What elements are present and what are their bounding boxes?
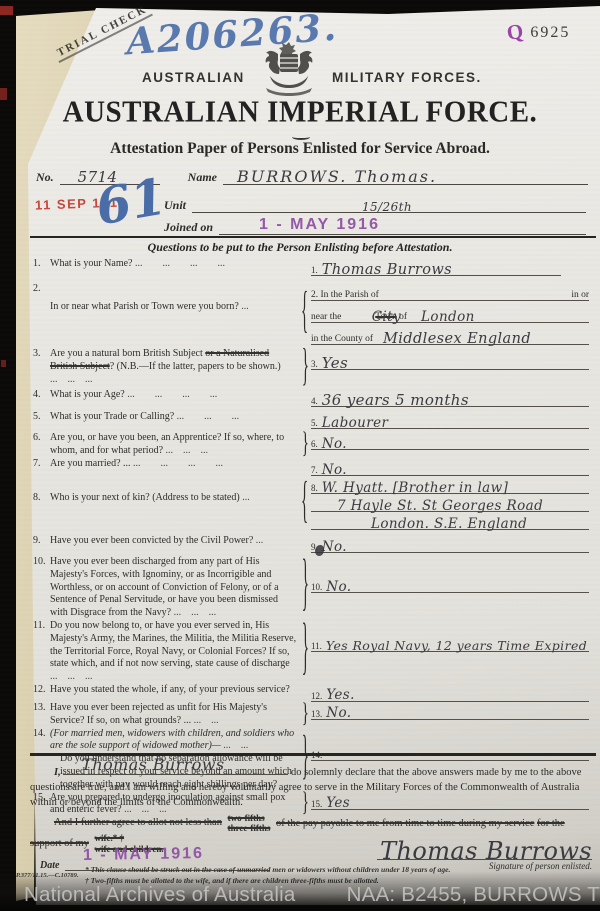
struck-allotment-1: And I further agree to allot not less th… [30, 817, 222, 828]
dot-leaders: ... ... [223, 740, 248, 751]
answer-line: 1. Thomas Burrows [311, 258, 561, 276]
question-row-5: 5. What is your Trade or Calling? ... ..… [33, 411, 593, 432]
answer-line: London. S.E. England [311, 512, 589, 530]
question-number: 14. [33, 728, 46, 739]
answer-line: 8. W. Hyatt. [Brother in law] [311, 476, 589, 494]
archive-watermark-left: National Archives of Australia [24, 883, 296, 907]
question-text: Are you a natural born British Subject o… [33, 348, 297, 386]
dot-leaders: ... ... ... [50, 671, 93, 682]
forces-right-label: MILITARY FORCES. [332, 70, 482, 85]
answer-number: 13. [311, 709, 326, 719]
answer-number: 12. [311, 691, 326, 701]
answer-line: 10. No. [311, 575, 589, 593]
next-of-kin-street: 7 Hayle St. St Georges Road [337, 500, 543, 514]
answer-line: 14. —— [311, 743, 589, 761]
name-field: BURROWS. Thomas. [223, 166, 588, 185]
answer-number: 1. [311, 265, 322, 275]
joined-date-stamp: 1 - MAY 1916 [259, 216, 380, 234]
parish-line: 2. In the Parish of in or [311, 283, 589, 301]
question-text: What is your Name? ... ... ... ... [33, 258, 297, 271]
struck-allotment-2: of the pay payable to me from time to ti… [276, 817, 534, 828]
answer-number: 11. [311, 641, 326, 651]
question-text: Are you, or have you been, an Apprentice… [33, 432, 297, 458]
question-number: 5. [33, 411, 41, 422]
question-number: 12. [33, 684, 46, 695]
near-the-label: near the City Town of [311, 309, 407, 323]
question-text: What is your Trade or Calling? ... ... .… [33, 411, 297, 424]
question-row-10: 10. Have you ever been discharged from a… [33, 556, 593, 620]
dot-leaders: ... [242, 492, 250, 503]
question-text: Do you now belong to, or have you ever s… [33, 620, 297, 684]
answer-number: 5. [311, 418, 322, 428]
answer-number: 3. [311, 359, 322, 369]
question-text: What is your Age? ... ... ... ... [33, 389, 297, 402]
question-text: Have you ever been convicted by the Civi… [33, 535, 297, 548]
answer-line: 12. Yes. [311, 684, 589, 702]
question-number: 3. [33, 348, 41, 359]
section-divider [30, 236, 596, 238]
question-number: 11. [33, 620, 45, 631]
answer-value: 36 years 5 months [322, 393, 469, 408]
question-text: Have you ever been discharged from any p… [33, 556, 297, 620]
question-row-1: 1. What is your Name? ... ... ... ... 1.… [33, 258, 593, 283]
two-fifths-struck: two-fifths [228, 813, 271, 823]
answer-value: Yes [322, 356, 348, 371]
fraction-stack: two-fifths three-fifths [228, 813, 271, 834]
answer-block: { 8. W. Hyatt. [Brother in law] 7 Hayle … [311, 476, 593, 531]
unit-value: 15/26th [362, 200, 412, 214]
answer-value: No. [326, 581, 351, 595]
brace: { [301, 285, 308, 343]
unit-row: Unit 15/26th [164, 194, 586, 213]
answer-value: Thomas Burrows [322, 263, 452, 278]
declaration-name-value: Thomas Burrows [81, 753, 224, 776]
unit-label: Unit [164, 198, 192, 213]
scan-edge-mark [0, 6, 13, 15]
q-reference-code: Q 6925 [490, 20, 570, 47]
question-row-6: 6. Are you, or have you been, an Apprent… [33, 432, 593, 458]
next-of-kin-name: W. Hyatt. [Brother in law] [322, 482, 509, 496]
joined-row: Joined on 1 - MAY 1916 [164, 216, 586, 235]
joined-label: Joined on [164, 220, 219, 235]
question-row-7: 7. Are you married? ... ... ... ... ... … [33, 458, 593, 476]
county-value: Middlesex England [383, 332, 531, 347]
forces-left-label: AUSTRALIAN [142, 70, 245, 85]
name-value: BURROWS. Thomas. [237, 167, 437, 186]
dot-leaders: ... [241, 301, 249, 312]
question-text: Have you stated the whole, if any, of yo… [33, 684, 297, 697]
brace: { [301, 475, 308, 533]
dot-leaders: ... ... ... [174, 607, 217, 618]
question-number: 13. [33, 702, 46, 713]
answer-value: No. [322, 464, 347, 478]
dot-leaders: ... ... ... [177, 411, 240, 422]
no-label: No. [36, 170, 60, 185]
county-label: in the County of [311, 334, 373, 344]
three-fifths-struck: three-fifths [228, 823, 271, 833]
declaration-name-field: Thomas Burrows [63, 760, 288, 775]
question-italic-intro: (For married men, widowers with children… [50, 728, 294, 752]
questions-section-header: Questions to be put to the Person Enlist… [0, 240, 600, 255]
question-row-2: 2. In or near what Parish or Town were y… [33, 283, 593, 345]
dot-leaders: ... ... ... ... [133, 458, 223, 469]
page-subtitle: Attestation Paper of Persons Enlisted fo… [0, 140, 600, 158]
next-of-kin-city: London. S.E. England [371, 518, 527, 532]
answer-line: 7. No. [311, 458, 589, 476]
answer-line: 9. No. [311, 535, 589, 553]
county-line: in the County of Middlesex England [311, 327, 589, 345]
answer-line: 7 Hayle St. St Georges Road [311, 494, 589, 512]
date-label: Date [40, 860, 65, 871]
town-value: London [421, 311, 475, 325]
date-stamp-purple: 1 - MAY 1916 [83, 845, 204, 865]
answer-value: No. [322, 541, 347, 555]
answer-number: 10. [311, 582, 326, 592]
name-label: Name [160, 170, 223, 185]
city-correction: City [372, 309, 401, 325]
question-row-9: 9. Have you ever been convicted by the C… [33, 535, 593, 556]
brace: } [302, 616, 309, 687]
q-stamp-number: 6925 [530, 20, 570, 42]
question-text: Who is your next of kin? (Address to be … [33, 476, 297, 505]
answer-value: Labourer [322, 417, 389, 431]
brace: } [302, 428, 309, 462]
question-text: Are you married? ... ... ... ... ... [33, 458, 297, 471]
questions-list: 1. What is your Name? ... ... ... ... 1.… [33, 258, 593, 817]
question-number: 1. [33, 258, 41, 269]
answer-number: 8. [311, 483, 322, 493]
answer-value: No. [326, 707, 351, 721]
answer-line: 4. 36 years 5 months [311, 389, 589, 407]
q-stamp-letter: Q [488, 18, 525, 49]
dot-leaders: ... ... ... [166, 445, 209, 456]
scanned-attestation-page: TRIAL CHECK A206263. Q 6925 AUSTRALIAN M… [0, 0, 600, 911]
question-row-8: 8. Who is your next of kin? (Address to … [33, 476, 593, 531]
check-number-handwritten: 61 [91, 166, 170, 236]
question-text: In or near what Parish or Town were you … [33, 283, 297, 314]
question-row-11: 11. Do you now belong to, or have you ev… [33, 620, 593, 684]
question-number: 9. [33, 535, 41, 546]
brace: } [302, 699, 309, 730]
dot-leaders: ... ... ... [50, 374, 93, 385]
archive-watermark-right: NAA: B2455, BURROWS T [347, 883, 600, 907]
answer-value: Yes. [326, 689, 355, 703]
question-row-4: 4. What is your Age? ... ... ... ... 4. … [33, 389, 593, 411]
question-row-13: 13. Have you ever been rejected as unfit… [33, 702, 593, 728]
answer-value: No. [322, 438, 347, 452]
coat-of-arms-icon [256, 40, 322, 98]
answer-block: { 2. In the Parish of in or near the Cit… [311, 283, 593, 345]
page-title: AUSTRALIAN IMPERIAL FORCE. [0, 95, 600, 129]
answer-value: Yes Royal Navy, 12 years Time Expired [326, 640, 587, 653]
answer-line: 5. Labourer [311, 411, 589, 429]
question-number: 10. [33, 556, 46, 567]
question-number: 6. [33, 432, 41, 443]
answer-line: 11. Yes Royal Navy, 12 years Time Expire… [311, 634, 589, 652]
brace: } [302, 343, 309, 394]
question-text: Have you ever been rejected as unfit for… [33, 702, 297, 728]
dot-leaders: ... ... [194, 715, 219, 726]
question-number: 4. [33, 389, 41, 400]
question-row-3: 3. Are you a natural born British Subjec… [33, 348, 593, 389]
town-line: near the City Town of London [311, 305, 589, 323]
question-number: 7. [33, 458, 41, 469]
brace: } [302, 552, 309, 623]
answer-number: 7. [311, 465, 322, 475]
unit-field: 15/26th [192, 194, 586, 213]
dot-leaders: ... [256, 535, 264, 546]
answer-line: 3. Yes [311, 352, 589, 370]
question-number: 8. [33, 492, 41, 503]
question-row-12: 12. Have you stated the whole, if any, o… [33, 684, 593, 702]
signature-value: Thomas Burrows [377, 837, 592, 865]
declaration-lead: I, [30, 767, 61, 778]
question-number: 2. [33, 283, 41, 294]
scan-edge-mark [1, 360, 6, 367]
answer-number: 6. [311, 439, 322, 449]
answer-line: 6. No. [311, 432, 589, 450]
answer-line: 13. No. [311, 702, 589, 720]
in-or-label: in or [571, 290, 589, 300]
joined-field: 1 - MAY 1916 [219, 216, 586, 235]
parish-label: 2. In the Parish of [311, 290, 379, 300]
answer-number: 4. [311, 396, 322, 406]
dot-leaders: ... ... ... ... [127, 389, 217, 400]
dot-leaders: ... ... ... ... [135, 258, 225, 269]
